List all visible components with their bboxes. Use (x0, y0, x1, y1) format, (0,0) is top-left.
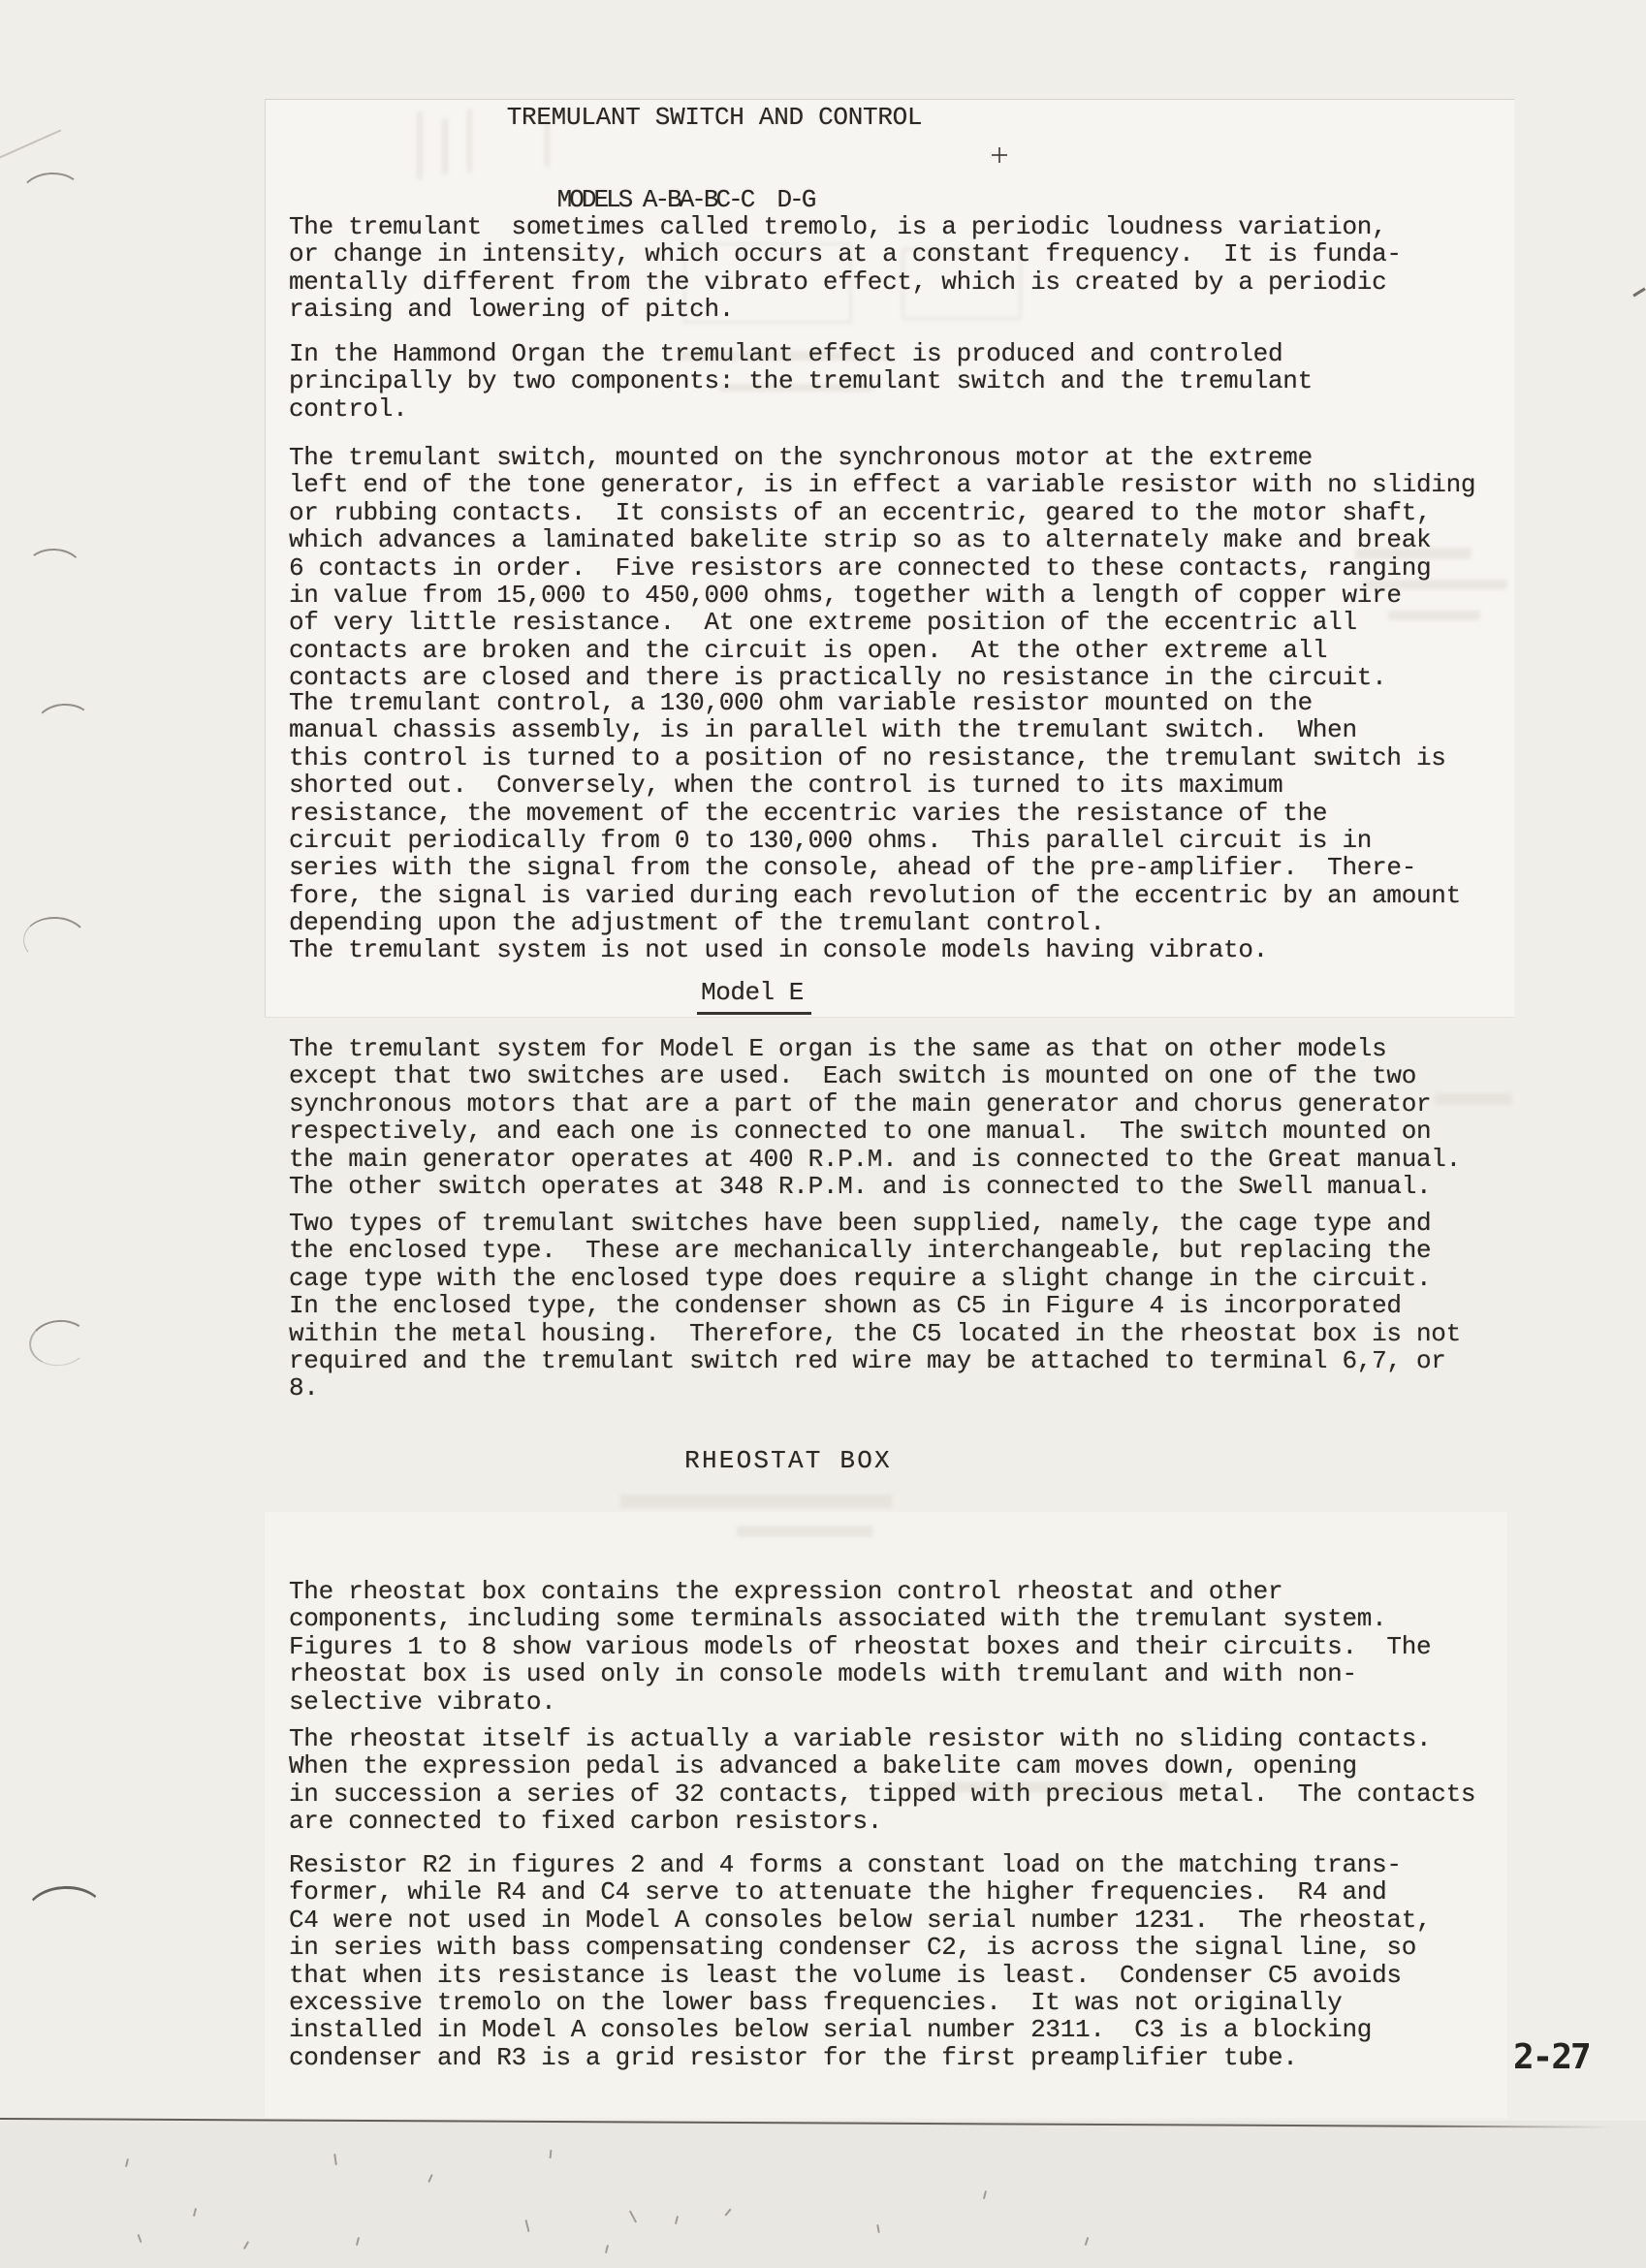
bleedthrough-mark (620, 1495, 892, 1508)
punch-hole-arc (24, 547, 84, 592)
page-title-line2: MODELS A-BA-BC-C D-G (346, 186, 1025, 213)
paragraph-tremulant-switch: The tremulant switch, mounted on the syn… (289, 444, 1578, 692)
heading-underline (697, 1012, 811, 1015)
bleedthrough-mark (737, 1526, 872, 1537)
page-number: 2-27 (1513, 2037, 1590, 2077)
paragraph-rheostat-box: The rheostat box contains the expression… (289, 1578, 1578, 1716)
paragraph-model-e: The tremulant system for Model E organ i… (289, 1035, 1578, 1200)
paragraph-vibrato-note: The tremulant system is not used in cons… (289, 936, 1578, 963)
paragraph-resistor-detail: Resistor R2 in figures 2 and 4 forms a c… (289, 1851, 1578, 2071)
page-title-line1: TREMULANT SWITCH AND CONTROL (375, 104, 1054, 131)
heading-rheostat-box: RHEOSTAT BOX (449, 1447, 1127, 1474)
edge-tick-mark (1632, 288, 1645, 298)
heading-model-e: Model E (413, 979, 1092, 1006)
punch-hole-arc (24, 1884, 107, 1943)
paragraph-switch-types: Two types of tremulant switches have bee… (289, 1210, 1578, 1402)
paragraph-tremulant-intro: The tremulant sometimes called tremolo, … (289, 213, 1578, 324)
punch-hole-arc (27, 1317, 92, 1369)
punch-hole-arc (34, 702, 95, 748)
punch-hole-arc (17, 171, 84, 221)
paragraph-rheostat-detail: The rheostat itself is actually a variab… (289, 1725, 1578, 1836)
scanned-manual-page: TREMULANT SWITCH AND CONTROL MODELS A-BA… (0, 0, 1646, 2268)
paragraph-two-components: In the Hammond Organ the tremulant effec… (289, 340, 1578, 423)
punch-hole-arc (21, 915, 89, 968)
paragraph-tremulant-control: The tremulant control, a 130,000 ohm var… (289, 689, 1578, 937)
page-curl-mark (0, 129, 61, 159)
